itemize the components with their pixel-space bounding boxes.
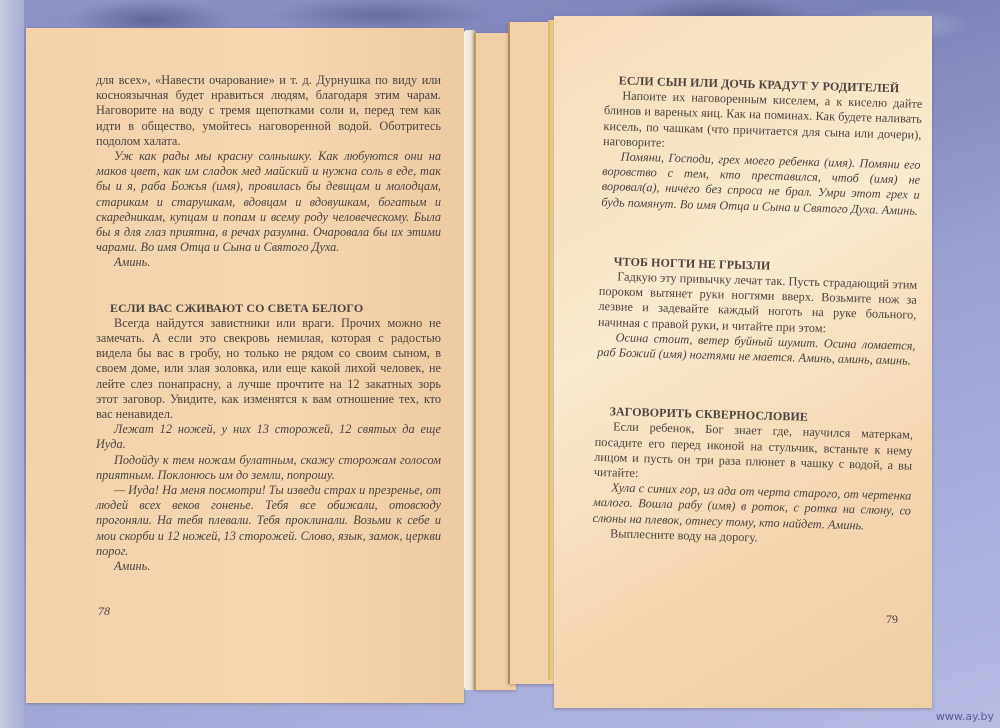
right-page-text: ЕСЛИ СЫН ИЛИ ДОЧЬ КРАДУТ У РОДИТЕЛЕЙ Нап… [592,73,923,550]
amen: Аминь. [96,559,441,574]
paragraph: Если ребенок, Бог знает где, научился ма… [594,419,914,489]
paragraph: Гадкую эту привычку лечат так. Пусть стр… [598,269,918,339]
incantation: — Иуда! На меня посмотри! Ты изведи стра… [96,483,441,559]
incantation: Уж как рады мы красну солнышку. Как любу… [96,149,441,255]
paragraph: для всех», «Навести очарование» и т. д. … [96,73,441,149]
section-heading: ЕСЛИ ВАС СЖИВАЮТ СО СВЕТА БЕЛОГО [96,301,441,316]
page-number: 78 [98,604,110,619]
background-edge [0,0,24,728]
page-number: 79 [886,612,898,627]
amen: Аминь. [96,255,441,270]
incantation: Помяни, Господи, грех моего ребенка (имя… [601,149,921,219]
left-page-text: для всех», «Навести очарование» и т. д. … [96,73,441,574]
paragraph: Всегда найдутся завистники или враги. Пр… [96,316,441,422]
incantation: Лежат 12 ножей, у них 13 сторожей, 12 св… [96,422,441,452]
watermark: www.ay.by [936,710,994,723]
paragraph: Напоите их наговоренным киселем, а к кис… [603,88,923,158]
incantation: Подойду к тем ножам булатным, скажу стор… [96,453,441,483]
